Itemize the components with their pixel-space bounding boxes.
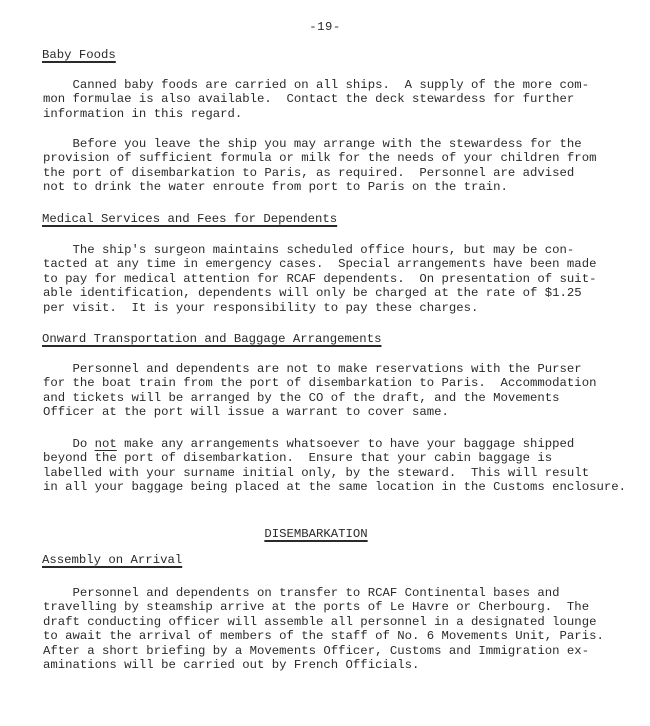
paragraph-onward-2: Do not make any arrangements whatsoever … (43, 437, 643, 495)
paragraph-medical-services: The ship's surgeon maintains scheduled o… (43, 243, 643, 315)
heading-baby-foods: Baby Foods (42, 48, 116, 62)
heading-medical-services: Medical Services and Fees for Dependents (42, 212, 337, 226)
emphasis-mark: the (95, 451, 117, 465)
paragraph-baby-foods-1: Canned baby foods are carried on all shi… (43, 78, 643, 121)
paragraph-baby-foods-2: Before you leave the ship you may arrang… (43, 137, 643, 195)
heading-onward-transportation: Onward Transportation and Baggage Arrang… (42, 332, 381, 346)
page-number: -19- (0, 20, 650, 34)
heading-disembarkation: DISEMBARKATION (0, 527, 632, 541)
document-page: -19- Baby Foods Canned baby foods are ca… (0, 0, 650, 726)
paragraph-onward-1: Personnel and dependents are not to make… (43, 362, 643, 420)
paragraph-assembly-on-arrival: Personnel and dependents on transfer to … (43, 586, 643, 672)
heading-assembly-on-arrival: Assembly on Arrival (42, 553, 182, 567)
